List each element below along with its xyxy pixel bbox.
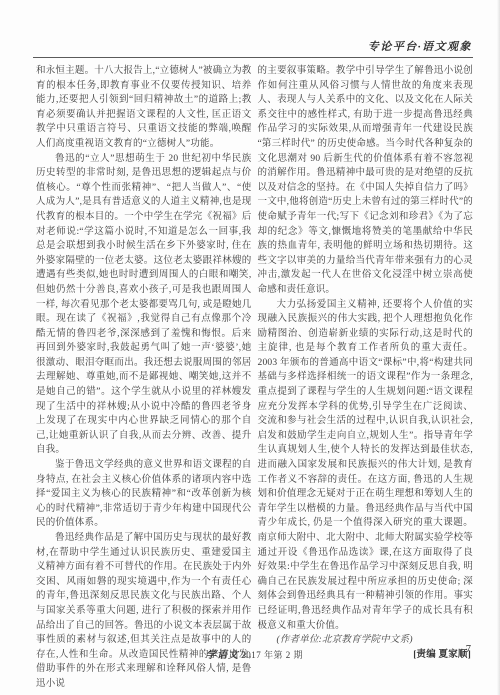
header-rule	[33, 57, 473, 58]
paragraph: 鲁迅的“立人”思想萌生于 20 世纪初中华民族历史转型的非常时刻, 是鲁迅思想的…	[36, 152, 252, 458]
page-number: 7	[466, 644, 471, 655]
journal-name: 学语文	[206, 650, 239, 661]
paragraph-continuation: 和永恒主题。十八大报告上,“立德树人”被确立为教育的根本任务,即教育事业不仅要传…	[36, 64, 252, 152]
journal-issue-line: 学语文 2017 年第 2 期	[36, 646, 473, 661]
page-footer: 学语文 2017 年第 2 期 7	[36, 646, 473, 661]
article-column-left: 和永恒主题。十八大报告上,“立德树人”被确立为教育的根本任务,即教育事业不仅要传…	[36, 64, 252, 692]
article-body: 和永恒主题。十八大报告上,“立德树人”被确立为教育的根本任务,即教育事业不仅要传…	[36, 64, 473, 692]
paragraph: 鉴于鲁迅文学经典的意义世界和语文课程的自身特点, 在社会主义核心价值体系的诸项内…	[36, 458, 252, 531]
article-column-right: 的主要叙事策略。教学中引导学生了解鲁迅小说创作如何注重从风俗习惯与人情世故的角度…	[258, 64, 474, 692]
paragraph: 鲁迅经典作品是了解中国历史与现状的最好教材,在帮助中学生通过认识民族历史、重建爱…	[36, 531, 252, 692]
section-header-label: 专论平台·语文观象	[36, 38, 472, 54]
journal-page: 专论平台·语文观象 和永恒主题。十八大报告上,“立德树人”被确立为教育的根本任务…	[0, 0, 500, 695]
issue-info: 2017 年第 2 期	[241, 650, 303, 660]
paragraph-continuation: 的主要叙事策略。教学中引导学生了解鲁迅小说创作如何注重从风俗习惯与人情世故的角度…	[258, 64, 474, 298]
paragraph: 大力弘扬爱国主义精神, 还要将个人价值的实现融入民族振兴的伟大实践, 把个人理想…	[258, 298, 474, 634]
